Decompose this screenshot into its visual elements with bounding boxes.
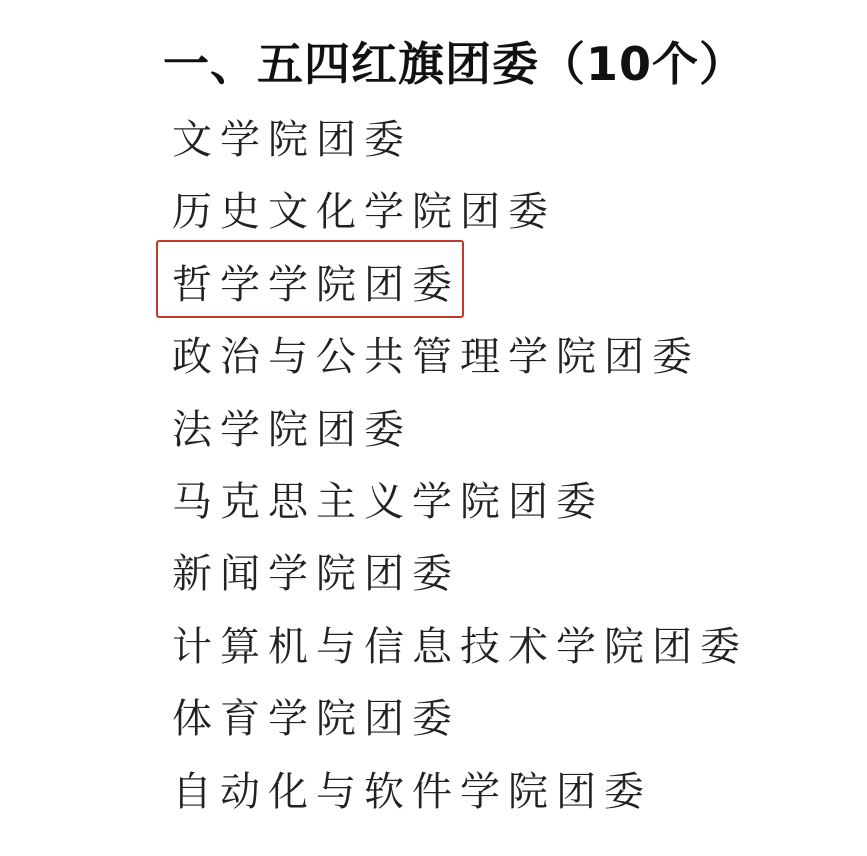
list-item: 历史文化学院团委 xyxy=(172,176,748,248)
section-heading: 一、五四红旗团委（10个） xyxy=(163,34,746,94)
list-item: 计算机与信息技术学院团委 xyxy=(172,611,748,683)
list-item: 体育学院团委 xyxy=(172,683,748,755)
list-item: 文学院团委 xyxy=(172,104,748,176)
list-item: 自动化与软件学院团委 xyxy=(172,756,748,828)
list-item: 法学院团委 xyxy=(172,394,748,466)
list-item: 政治与公共管理学院团委 xyxy=(172,321,748,393)
list-item: 新闻学院团委 xyxy=(172,538,748,610)
list-item-highlighted: 哲学学院团委 xyxy=(172,249,748,321)
list-item: 马克思主义学院团委 xyxy=(172,466,748,538)
award-list: 文学院团委 历史文化学院团委 哲学学院团委 政治与公共管理学院团委 法学院团委 … xyxy=(172,104,748,828)
